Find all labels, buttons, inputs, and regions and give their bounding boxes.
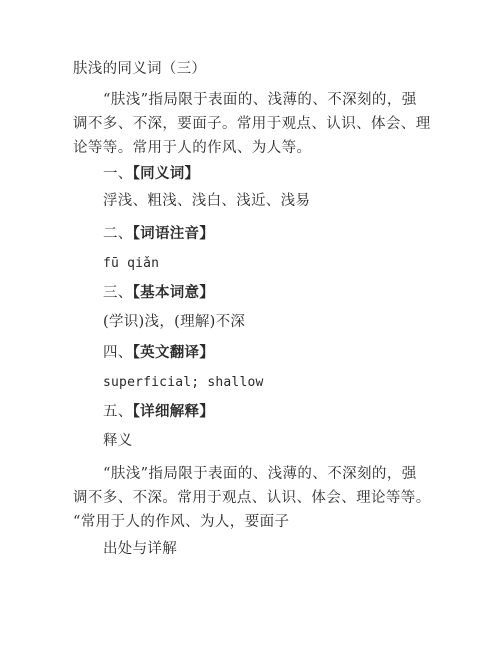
section-number: 一、 bbox=[103, 166, 133, 182]
section-number: 四、 bbox=[103, 345, 133, 361]
section-content-pinyin: fū qiǎn bbox=[103, 253, 159, 275]
section-number: 三、 bbox=[103, 285, 133, 301]
section-heading-synonyms: 一、【同义词】 bbox=[103, 163, 199, 185]
section-number: 二、 bbox=[103, 226, 133, 242]
definition-line-1: “肤浅”指局限于表面的、浅薄的、不深刻的，强 bbox=[73, 462, 429, 486]
intro-paragraph: “肤浅”指局限于表面的、浅薄的、不深刻的，强 调不多、不深，要面子。常用于观点、… bbox=[73, 88, 429, 160]
section-heading-basic-meaning: 三、【基本词意】 bbox=[103, 282, 214, 304]
document-title: 肤浅的同义词（三） bbox=[73, 58, 206, 80]
section-number: 五、 bbox=[103, 404, 133, 420]
section-heading-pinyin: 二、【词语注音】 bbox=[103, 223, 214, 245]
section-content-english: superficial; shallow bbox=[103, 372, 264, 394]
section-content-basic-meaning: (学识)浅，(理解)不深 bbox=[103, 311, 245, 333]
definition-line-2: 调不多、不深。常用于观点、认识、体会、理论等等。 bbox=[73, 486, 429, 510]
section-title: 【同义词】 bbox=[133, 165, 200, 182]
section-heading-english: 四、【英文翻译】 bbox=[103, 342, 214, 364]
intro-line-1: “肤浅”指局限于表面的、浅薄的、不深刻的，强 bbox=[73, 88, 429, 112]
subheading-source: 出处与详解 bbox=[103, 538, 177, 560]
section-title: 【英文翻译】 bbox=[133, 344, 215, 361]
definition-paragraph: “肤浅”指局限于表面的、浅薄的、不深刻的，强 调不多、不深。常用于观点、认识、体… bbox=[73, 462, 429, 534]
intro-line-2: 调不多、不深，要面子。常用于观点、认识、体会、理 bbox=[73, 112, 429, 136]
subheading-definition: 释义 bbox=[103, 430, 133, 452]
definition-line-3: “常用于人的作风、为人，要面子 bbox=[73, 510, 429, 534]
section-title: 【词语注音】 bbox=[133, 225, 215, 242]
section-title: 【详细解释】 bbox=[133, 403, 215, 420]
section-title: 【基本词意】 bbox=[133, 284, 215, 301]
section-heading-detailed: 五、【详细解释】 bbox=[103, 401, 214, 423]
intro-line-3: 论等等。常用于人的作风、为人等。 bbox=[73, 136, 429, 160]
section-content-synonyms: 浮浅、粗浅、浅白、浅近、浅易 bbox=[103, 190, 310, 212]
